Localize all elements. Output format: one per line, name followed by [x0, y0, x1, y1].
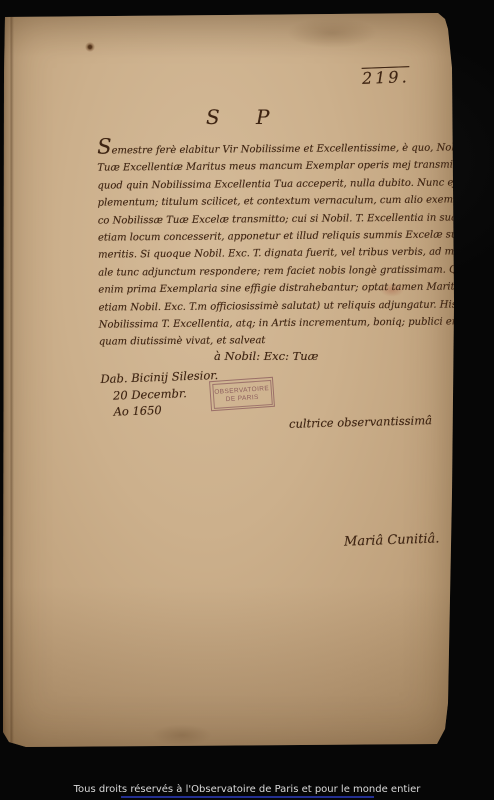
dateline-year: Ao 1650 — [113, 400, 219, 420]
signature: Mariâ Cunitiâ. — [344, 531, 440, 549]
archive-stamp: OBSERVATOIRE DE PARIS — [209, 377, 275, 411]
dateline-block: Dab. Bicinij Silesior. 20 Decembr. Ao 16… — [100, 367, 219, 421]
valediction: cultrice observantissimâ — [289, 413, 432, 431]
closing-line: à Nobil: Exc: Tuæ — [214, 349, 318, 363]
caption-underline — [121, 796, 374, 798]
stamp-line-2: DE PARIS — [226, 393, 259, 402]
manuscript-paper: 219. S P Semestre ferè elabitur Vir Nobi… — [2, 13, 454, 747]
salutation: S P — [206, 105, 285, 129]
copyright-caption: Tous droits réservés à l'Observatoire de… — [0, 784, 494, 795]
letter-body: Semestre ferè elabitur Vir Nobilissime e… — [97, 135, 461, 351]
folio-number: 219. — [362, 67, 410, 88]
archive-stamp-inner-border: OBSERVATOIRE DE PARIS — [212, 379, 273, 408]
photo-mount-background: 219. S P Semestre ferè elabitur Vir Nobi… — [0, 0, 494, 800]
